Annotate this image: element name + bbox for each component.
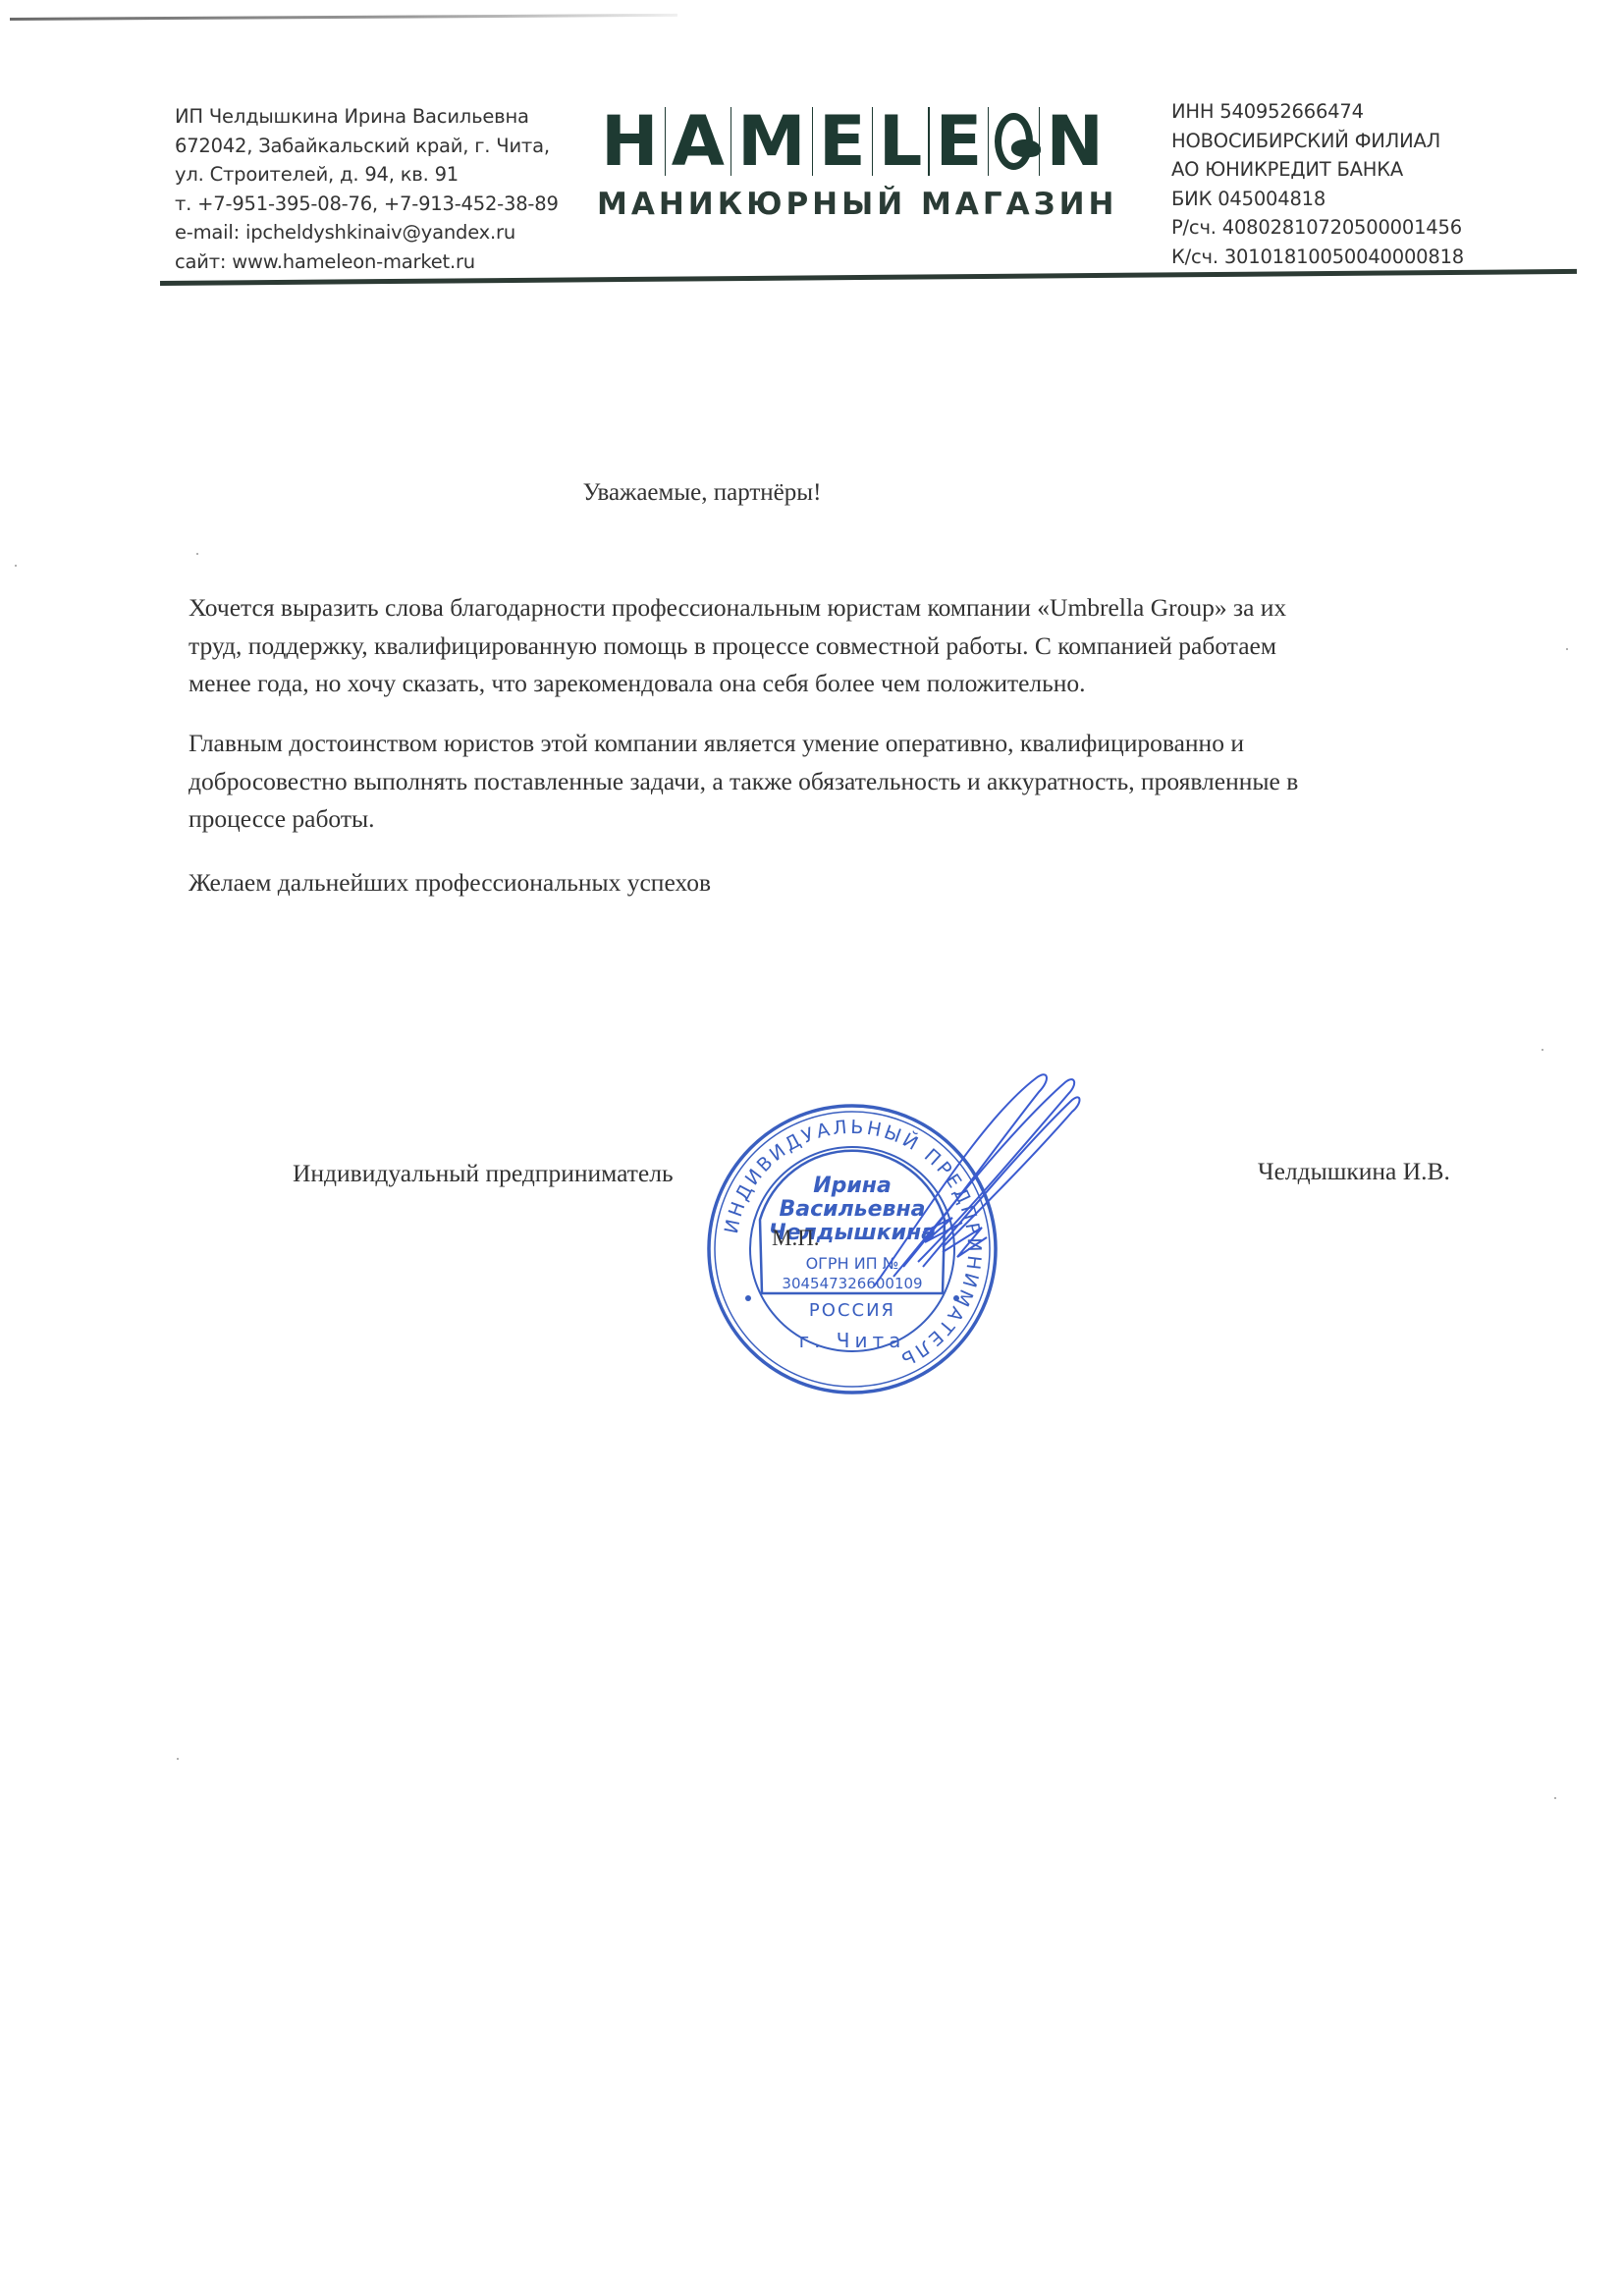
letter-paragraph: Хочется выразить слова благодарности про… xyxy=(189,589,1563,703)
paragraph-line: процессе работы. xyxy=(189,800,1563,839)
brand-logo: H A M E L E N МАНИКЮРНЫЙ МАГАЗИН xyxy=(597,108,1108,222)
letter-paragraph: Главным достоинством юристов этой компан… xyxy=(189,725,1563,839)
letterhead-bank-branch: НОВОСИБИРСКИЙ ФИЛИАЛ xyxy=(1171,127,1464,156)
logo-divider xyxy=(665,107,666,176)
letterhead-email: e-mail: ipcheldyshkinaiv@yandex.ru xyxy=(175,218,559,247)
letterhead-bik: БИК 045004818 xyxy=(1171,185,1464,214)
paragraph-line: менее года, но хочу сказать, что зареком… xyxy=(189,665,1563,703)
letterhead-address-1: 672042, Забайкальский край, г. Чита, xyxy=(175,132,559,161)
logo-letter: E xyxy=(815,108,870,175)
logo-divider xyxy=(928,107,929,176)
scan-speck xyxy=(1542,1049,1543,1051)
logo-letter: N xyxy=(1042,108,1108,175)
letterhead-settlement-account: Р/сч. 40802810720500001456 xyxy=(1171,213,1464,243)
paragraph-line: добросовестно выполнять поставленные зад… xyxy=(189,763,1563,801)
logo-letter: E xyxy=(932,108,987,175)
logo-divider xyxy=(872,107,873,176)
logo-divider xyxy=(812,107,813,176)
logo-wordmark: H A M E L E N xyxy=(597,108,1108,175)
letter-salutation: Уважаемые, партнёры! xyxy=(0,479,1404,507)
letterhead-phones: т. +7-951-395-08-76, +7-913-452-38-89 xyxy=(175,190,559,219)
logo-divider xyxy=(730,107,731,176)
signatory-title: Индивидуальный предприниматель xyxy=(293,1159,674,1188)
scan-speck xyxy=(196,553,198,555)
letterhead-bank-block: ИНН 540952666474 НОВОСИБИРСКИЙ ФИЛИАЛ АО… xyxy=(1171,97,1464,272)
paragraph-line: Хочется выразить слова благодарности про… xyxy=(189,589,1563,628)
paragraph-line: Главным достоинством юристов этой компан… xyxy=(189,725,1563,763)
letterhead-contact-block: ИП Челдышкина Ирина Васильевна 672042, З… xyxy=(175,102,559,277)
chameleon-icon xyxy=(995,113,1033,170)
scan-speck xyxy=(1554,1797,1556,1799)
logo-letter: A xyxy=(668,108,729,175)
scan-edge-line xyxy=(10,14,677,21)
svg-text:РОССИЯ: РОССИЯ xyxy=(809,1300,895,1321)
letterhead-correspondent-account: К/сч. 30101810050040000818 xyxy=(1171,243,1464,272)
letterhead-owner: ИП Челдышкина Ирина Васильевна xyxy=(175,102,559,132)
letterhead-website: сайт: www.hameleon-market.ru xyxy=(175,247,559,277)
signature-icon xyxy=(864,1061,1129,1296)
logo-divider xyxy=(988,107,989,176)
svg-text:г. Чита: г. Чита xyxy=(799,1329,906,1352)
paragraph-line: труд, поддержку, квалифицированную помощ… xyxy=(189,628,1563,666)
letterhead-address-2: ул. Строителей, д. 94, кв. 91 xyxy=(175,160,559,190)
logo-letter: L xyxy=(875,108,927,175)
logo-letter: M xyxy=(733,108,810,175)
scan-speck xyxy=(1566,648,1568,650)
signatory-name: Челдышкина И.В. xyxy=(1258,1157,1450,1186)
logo-subtitle: МАНИКЮРНЫЙ МАГАЗИН xyxy=(597,187,1108,222)
letterhead-inn: ИНН 540952666474 xyxy=(1171,97,1464,127)
handwritten-signature xyxy=(864,1061,1129,1296)
scan-speck xyxy=(15,565,17,567)
letter-paragraph: Желаем дальнейших профессиональных успех… xyxy=(189,864,1563,902)
logo-letter: H xyxy=(597,108,663,175)
letterhead-bank-name: АО ЮНИКРЕДИТ БАНКА xyxy=(1171,155,1464,185)
scan-speck xyxy=(177,1758,179,1760)
seal-placement-mark: М.П. xyxy=(772,1226,820,1251)
paragraph-line: Желаем дальнейших профессиональных успех… xyxy=(189,864,1563,902)
logo-divider xyxy=(1039,107,1040,176)
